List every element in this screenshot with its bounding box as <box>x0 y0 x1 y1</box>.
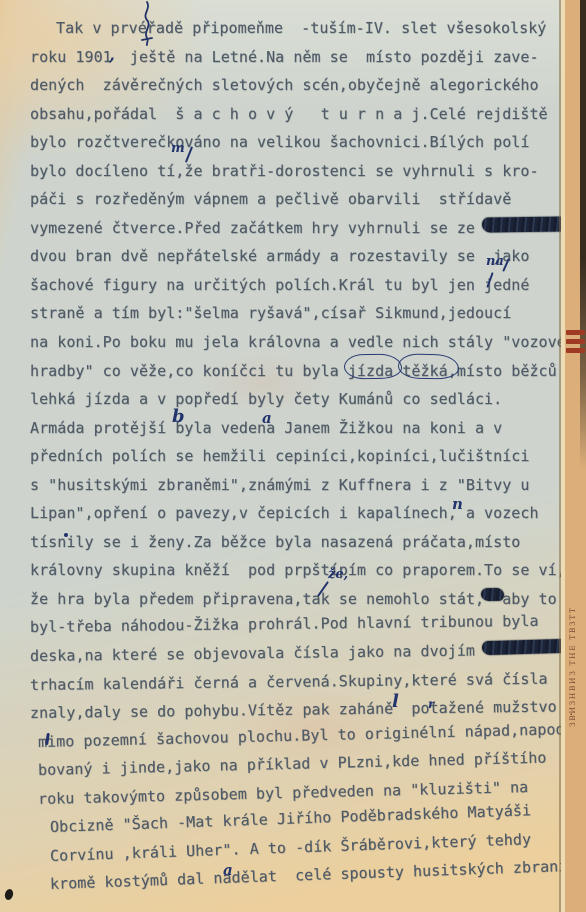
handwritten-circle-tezka <box>398 353 459 379</box>
typewritten-line: předních polích se hemžili cepiníci,kopi… <box>30 442 558 471</box>
handwritten-caret-mark <box>138 0 156 46</box>
handwritten-comma: , <box>109 47 115 64</box>
edge-ink-dot: . <box>570 705 574 718</box>
handwritten-insert-ze: že, <box>328 568 348 581</box>
typewritten-line: tísnily se i ženy.Za běžce byla nasazená… <box>30 528 558 557</box>
typewritten-line: s "husitskými zbraněmi",známými z Kuffne… <box>30 471 558 500</box>
edge-red-stripe <box>566 330 585 335</box>
handwritten-letter-l: l <box>392 693 399 711</box>
typewritten-line: dených závěrečných sletových scén,obyčej… <box>30 71 558 100</box>
edge-stamp-text: ЗВИЗНВИЗ ТНЕ ТВЗТТ <box>568 552 577 727</box>
typewritten-line: dvou bran dvě nepřátelské armády a rozes… <box>30 242 558 271</box>
typewritten-line: Lipan",opření o pavezy,v čepicích i kapa… <box>30 499 558 528</box>
page-edge-gutter <box>559 0 586 912</box>
redacted-word-small <box>481 588 504 601</box>
handwritten-letter-n: n <box>452 497 463 512</box>
page-edge-shadow <box>580 0 586 470</box>
typewritten-line: straně a tím byl:"šelma ryšavá",císař Si… <box>30 299 558 328</box>
typewritten-line: obsahu,pořádal š a c h o v ý t u r n a j… <box>30 100 558 129</box>
typewritten-line: Armáda protější byla vedena Janem Žižkou… <box>30 414 558 443</box>
document-photo: Tak v prvéřadě připomeňme -tuším-IV. sle… <box>0 0 586 912</box>
typewritten-line: Tak v prvéřadě připomeňme -tuším-IV. sle… <box>30 14 558 43</box>
typewritten-line: šachové figury na určitých polích.Král t… <box>30 271 558 300</box>
typewritten-text-block: Tak v prvéřadě připomeňme -tuším-IV. sle… <box>30 14 558 899</box>
typewritten-line: bylo rozčtverečkováno na velikou šachovn… <box>30 128 558 157</box>
redacted-word <box>482 639 569 655</box>
typewritten-line: lehká jízda a v popředí byly čety Kumánů… <box>30 385 558 414</box>
handwritten-circle-jizda <box>344 353 402 379</box>
typewritten-line: na koni.Po boku mu jela královna a vedle… <box>30 328 558 357</box>
handwritten-letter-b: b <box>172 408 185 426</box>
handwritten-dot-correction <box>64 533 68 537</box>
typewritten-line: hradby" co věže,co koníčci tu byla jízda… <box>30 357 558 386</box>
handwritten-letter-a2: a <box>223 863 233 878</box>
typewritten-line: páči s rozředěným vápnem a pečlivě obarv… <box>30 185 558 214</box>
typewritten-line: královny skupina kněží pod prpštípím co … <box>30 556 558 585</box>
typewritten-line: vymezené čtverce.Před začátkem hry vyhrn… <box>30 214 558 243</box>
typewritten-line: bylo docíleno tí,že bratři-dorostenci se… <box>30 157 558 186</box>
handwritten-insert-m: m <box>171 142 185 155</box>
handwritten-insert-na: na <box>486 255 504 268</box>
handwritten-letter-r: r <box>428 698 434 710</box>
handwritten-letter-a: a <box>262 411 272 426</box>
edge-red-stripe <box>566 348 585 353</box>
typewritten-page: Tak v prvéřadě připomeňme -tuším-IV. sle… <box>0 0 563 912</box>
edge-red-stripe <box>566 339 585 344</box>
